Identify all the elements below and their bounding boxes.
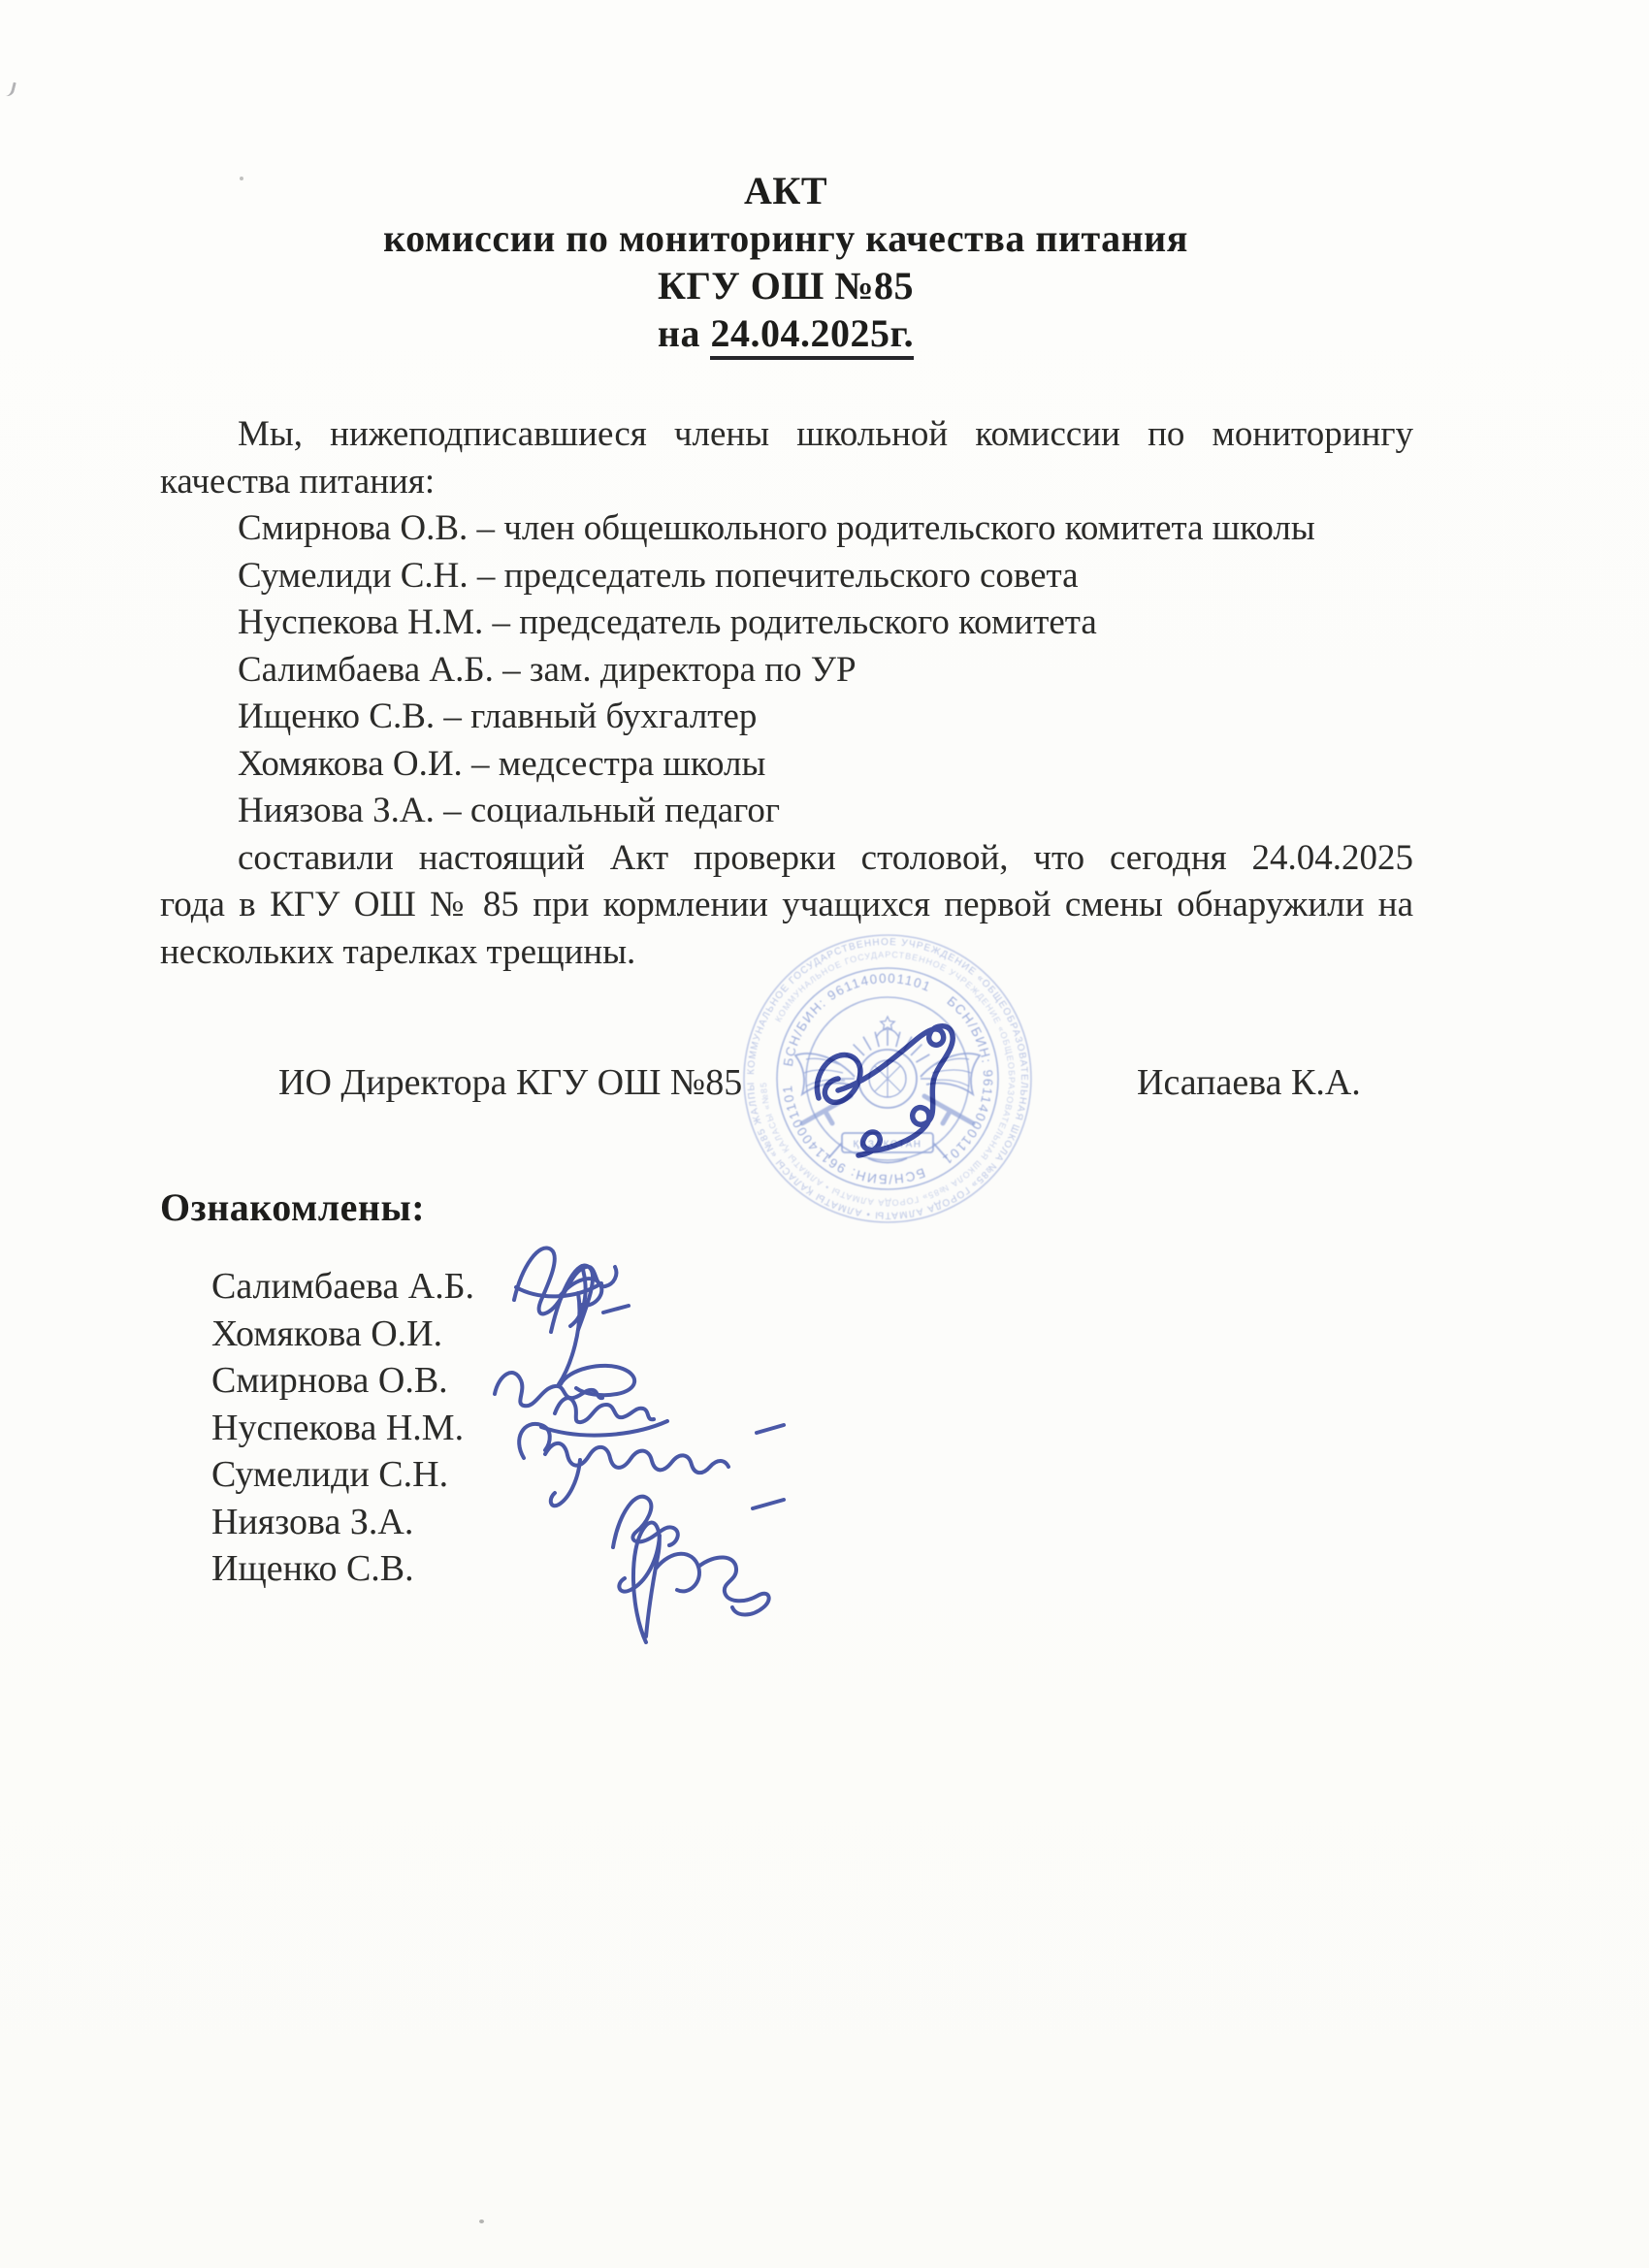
director-signature	[795, 989, 1009, 1164]
date-prefix: на	[658, 311, 711, 355]
body-line: составили настоящий Акт проверки столово…	[160, 835, 1413, 883]
signature-ishchenko	[633, 1523, 769, 1642]
commission-member: Нуспекова Н.М. – председатель родительск…	[160, 599, 1413, 647]
scan-speck	[4, 81, 16, 98]
member-signatures	[466, 1227, 970, 1654]
acknowledged-name: Ниязова З.А.	[211, 1499, 474, 1546]
document-body: Мы, нижеподписавшиеся члены школьной ком…	[160, 411, 1413, 976]
signature-sumelidi	[519, 1424, 784, 1506]
scan-speck	[479, 2219, 484, 2223]
commission-member: Ниязова З.А. – социальный педагог	[160, 788, 1413, 835]
commission-member: Сумелиди С.Н. – председатель попечительс…	[160, 553, 1413, 600]
acknowledged-name: Ищенко С.В.	[211, 1545, 474, 1593]
title-line-akt: АКТ	[145, 167, 1426, 214]
intro-line: качества питания:	[160, 459, 1413, 506]
director-name-label: Исапаева К.А.	[1137, 1061, 1361, 1104]
acknowledged-name: Салимбаева А.Б.	[211, 1263, 474, 1311]
director-role-label: ИО Директора КГУ ОШ №85	[278, 1061, 742, 1104]
scanned-document-page: АКТ комиссии по мониторингу качества пит…	[0, 0, 1649, 2268]
title-line-commission: комиссии по мониторингу качества питания	[145, 214, 1426, 262]
signature-nuspekova	[541, 1366, 667, 1436]
commission-member: Смирнова О.В. – член общешкольного родит…	[160, 505, 1413, 553]
commission-member: Ищенко С.В. – главный бухгалтер	[160, 694, 1413, 741]
signature-smirnova	[495, 1373, 602, 1406]
document-title: АКТ комиссии по мониторингу качества пит…	[145, 167, 1426, 357]
acknowledged-name: Смирнова О.В.	[211, 1357, 474, 1405]
title-line-school: КГУ ОШ №85	[145, 262, 1426, 309]
title-line-date: на 24.04.2025г.	[145, 309, 1426, 357]
acknowledged-name: Хомякова О.И.	[211, 1311, 474, 1358]
date-value: 24.04.2025г.	[710, 311, 914, 360]
acknowledged-names: Салимбаева А.Б. Хомякова О.И. Смирнова О…	[211, 1263, 474, 1593]
acknowledged-name: Сумелиди С.Н.	[211, 1451, 474, 1499]
body-line: года в КГУ ОШ № 85 при кормлении учащихс…	[160, 882, 1413, 929]
commission-member: Салимбаева А.Б. – зам. директора по УР	[160, 647, 1413, 695]
acknowledged-name: Нуспекова Н.М.	[211, 1405, 474, 1452]
acknowledged-heading: Ознакомлены:	[160, 1184, 425, 1230]
intro-line: Мы, нижеподписавшиеся члены школьной ком…	[160, 411, 1413, 459]
commission-member: Хомякова О.И. – медсестра школы	[160, 741, 1413, 789]
